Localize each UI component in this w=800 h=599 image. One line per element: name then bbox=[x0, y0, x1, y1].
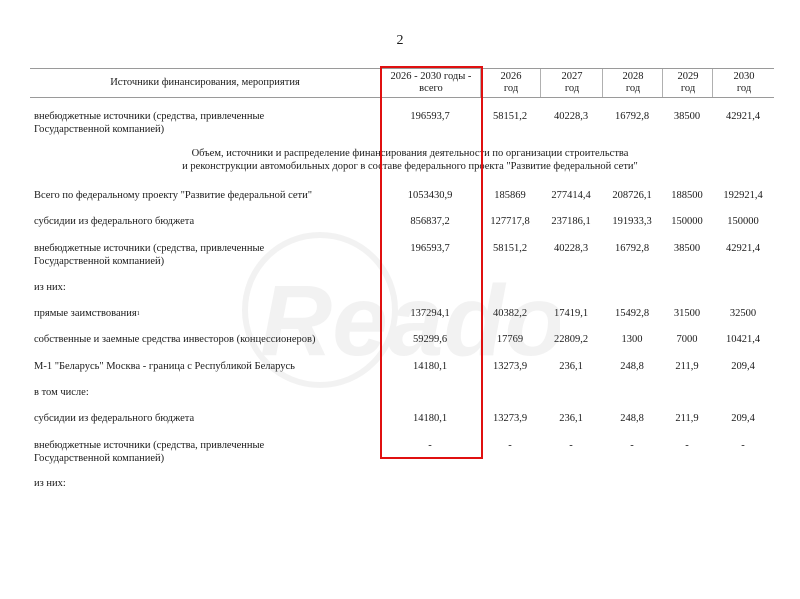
table-cell: 127717,8 bbox=[480, 216, 540, 229]
table-cell: 236,1 bbox=[540, 361, 602, 374]
row-label: внебюджетные источники (средства, привле… bbox=[34, 111, 374, 136]
table-cell: 188500 bbox=[662, 190, 712, 203]
table-cell: 14180,1 bbox=[380, 361, 480, 374]
table-cell: 185869 bbox=[480, 190, 540, 203]
row-label: из них: bbox=[34, 282, 374, 295]
table-cell: 42921,4 bbox=[712, 111, 774, 124]
table-cell: 16792,8 bbox=[602, 111, 662, 124]
row-label: субсидии из федерального бюджета bbox=[34, 413, 374, 426]
table-cell: 22809,2 bbox=[540, 334, 602, 347]
table-cell: - bbox=[602, 440, 662, 453]
table-cell: 10421,4 bbox=[712, 334, 774, 347]
header-total-col: 2026 - 2030 годы - всего bbox=[380, 69, 481, 97]
table-cell: 32500 bbox=[712, 308, 774, 321]
row-label: М-1 "Беларусь" Москва - граница с Респуб… bbox=[34, 361, 374, 374]
table-cell: 1053430,9 bbox=[380, 190, 480, 203]
header-label-col: Источники финансирования, мероприятия bbox=[30, 69, 380, 97]
header-year-2027: 2027год bbox=[540, 69, 603, 97]
table-cell: 211,9 bbox=[662, 361, 712, 374]
table-cell: 14180,1 bbox=[380, 413, 480, 426]
table-cell: - bbox=[480, 440, 540, 453]
table-cell: 196593,7 bbox=[380, 111, 480, 124]
table-cell: 137294,1 bbox=[380, 308, 480, 321]
table-cell: 13273,9 bbox=[480, 361, 540, 374]
table-cell: 236,1 bbox=[540, 413, 602, 426]
table-cell: 150000 bbox=[662, 216, 712, 229]
row-label: прямые заимствования1 bbox=[34, 308, 374, 321]
footnote-marker: 1 bbox=[137, 311, 140, 317]
row-label: из них: bbox=[34, 478, 374, 491]
table-cell: 191933,3 bbox=[602, 216, 662, 229]
row-label: Всего по федеральному проекту "Развитие … bbox=[34, 190, 374, 203]
table-cell: 16792,8 bbox=[602, 243, 662, 256]
table-cell: - bbox=[662, 440, 712, 453]
row-label: внебюджетные источники (средства, привле… bbox=[34, 243, 374, 268]
table-cell: 31500 bbox=[662, 308, 712, 321]
table-cell: 17419,1 bbox=[540, 308, 602, 321]
row-label: внебюджетные источники (средства, привле… bbox=[34, 440, 374, 465]
table-cell: 58151,2 bbox=[480, 111, 540, 124]
section-title: Объем, источники и распределение финанси… bbox=[150, 148, 670, 173]
table-cell: 40382,2 bbox=[480, 308, 540, 321]
table-cell: - bbox=[540, 440, 602, 453]
table-cell: 237186,1 bbox=[540, 216, 602, 229]
row-label: субсидии из федерального бюджета bbox=[34, 216, 374, 229]
table-cell: 211,9 bbox=[662, 413, 712, 426]
table-cell: 208726,1 bbox=[602, 190, 662, 203]
header-year-2030: 2030год bbox=[712, 69, 775, 97]
table-cell: 248,8 bbox=[602, 361, 662, 374]
table-cell: 38500 bbox=[662, 111, 712, 124]
table-cell: 209,4 bbox=[712, 361, 774, 374]
table-cell: 42921,4 bbox=[712, 243, 774, 256]
table-cell: 13273,9 bbox=[480, 413, 540, 426]
header-year-2029: 2029год bbox=[662, 69, 713, 97]
table-cell: 15492,8 bbox=[602, 308, 662, 321]
table-cell: 196593,7 bbox=[380, 243, 480, 256]
table-cell: - bbox=[712, 440, 774, 453]
table-cell: 40228,3 bbox=[540, 243, 602, 256]
table-cell: 192921,4 bbox=[712, 190, 774, 203]
table-header: Источники финансирования, мероприятия 20… bbox=[30, 68, 774, 98]
table-cell: 209,4 bbox=[712, 413, 774, 426]
table-cell: 856837,2 bbox=[380, 216, 480, 229]
header-year-2028: 2028год bbox=[602, 69, 663, 97]
table-cell: 38500 bbox=[662, 243, 712, 256]
table-cell: 277414,4 bbox=[540, 190, 602, 203]
table-cell: 248,8 bbox=[602, 413, 662, 426]
table-cell: 40228,3 bbox=[540, 111, 602, 124]
table-cell: 58151,2 bbox=[480, 243, 540, 256]
table-cell: - bbox=[380, 440, 480, 453]
table-cell: 7000 bbox=[662, 334, 712, 347]
table-cell: 59299,6 bbox=[380, 334, 480, 347]
page-number: 2 bbox=[0, 33, 800, 49]
row-label: собственные и заемные средства инвесторо… bbox=[34, 334, 374, 347]
header-year-2026: 2026год bbox=[480, 69, 541, 97]
table-cell: 1300 bbox=[602, 334, 662, 347]
row-label: в том числе: bbox=[34, 387, 374, 400]
table-cell: 17769 bbox=[480, 334, 540, 347]
highlight-box bbox=[380, 66, 483, 459]
table-cell: 150000 bbox=[712, 216, 774, 229]
